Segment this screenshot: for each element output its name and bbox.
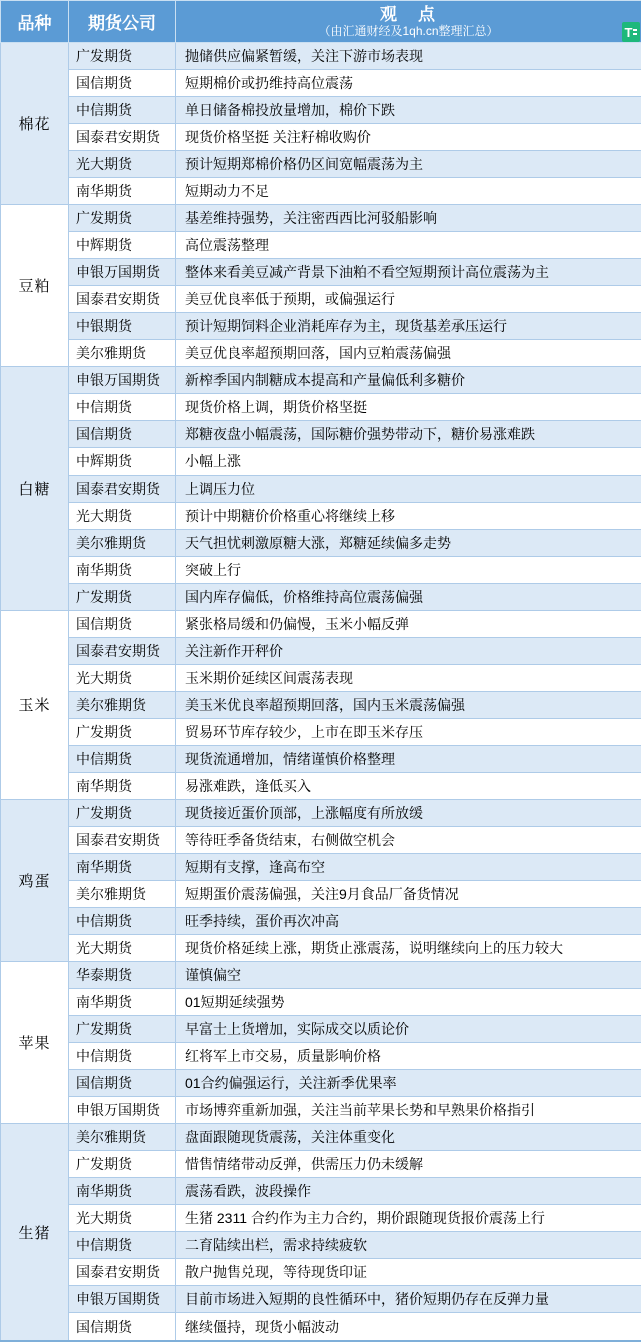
company-cell: 国信期货 — [69, 610, 176, 637]
table-row: 美尔雅期货美玉米优良率超预期回落，国内玉米震荡偏强 — [1, 691, 641, 718]
header-row: 品种 期货公司 观 点 （由汇通财经及1qh.cn整理汇总） — [1, 1, 641, 43]
opinion-cell: 美豆优良率超预期回落，国内豆粕震荡偏强 — [176, 340, 641, 367]
company-cell: 中辉期货 — [69, 448, 176, 475]
company-cell: 光大期货 — [69, 151, 176, 178]
company-cell: 国信期货 — [69, 70, 176, 97]
table-body: 棉花广发期货抛储供应偏紧暂缓，关注下游市场表现国信期货短期棉价或扔维持高位震荡中… — [1, 43, 641, 1342]
table-row: 苹果华泰期货谨慎偏空 — [1, 962, 641, 989]
opinion-cell: 易涨难跌，逢低买入 — [176, 772, 641, 799]
variety-cell: 豆粕 — [1, 205, 69, 367]
table-row: 广发期货惜售情绪带动反弹，供需压力仍未缓解 — [1, 1151, 641, 1178]
company-cell: 中信期货 — [69, 97, 176, 124]
opinion-cell: 上调压力位 — [176, 475, 641, 502]
opinion-cell: 继续僵持，现货小幅波动 — [176, 1313, 641, 1341]
col-header-opinion: 观 点 （由汇通财经及1qh.cn整理汇总） — [176, 1, 641, 43]
company-cell: 南华期货 — [69, 178, 176, 205]
table-row: 广发期货国内库存偏低，价格维持高位震荡偏强 — [1, 583, 641, 610]
table-row: 美尔雅期货美豆优良率超预期回落，国内豆粕震荡偏强 — [1, 340, 641, 367]
opinion-cell: 国内库存偏低，价格维持高位震荡偏强 — [176, 583, 641, 610]
table-row: 中信期货现货价格上调，期货价格坚挺 — [1, 394, 641, 421]
company-cell: 广发期货 — [69, 1151, 176, 1178]
table-row: 国信期货继续僵持，现货小幅波动 — [1, 1313, 641, 1341]
table-row: 南华期货短期有支撑，逢高布空 — [1, 853, 641, 880]
table-row: 棉花广发期货抛储供应偏紧暂缓，关注下游市场表现 — [1, 43, 641, 70]
company-cell: 南华期货 — [69, 556, 176, 583]
table-row: 中辉期货小幅上涨 — [1, 448, 641, 475]
opinion-cell: 目前市场进入短期的良性循环中，猪价短期仍存在反弹力量 — [176, 1286, 641, 1313]
table-row: 申银万国期货市场博弈重新加强，关注当前苹果长势和早熟果价格指引 — [1, 1097, 641, 1124]
table-row: 南华期货突破上行 — [1, 556, 641, 583]
opinion-cell: 早富士上货增加，实际成交以质论价 — [176, 1016, 641, 1043]
table-row: 申银万国期货整体来看美豆减产背景下油粕不看空短期预计高位震荡为主 — [1, 259, 641, 286]
table-row: 中银期货预计短期饲料企业消耗库存为主，现货基差承压运行 — [1, 313, 641, 340]
opinion-cell: 抛储供应偏紧暂缓，关注下游市场表现 — [176, 43, 641, 70]
table-row: 中信期货二育陆续出栏，需求持续疲软 — [1, 1232, 641, 1259]
table-row: 中信期货现货流通增加，情绪谨慎价格整理 — [1, 745, 641, 772]
opinion-cell: 郑糖夜盘小幅震荡，国际糖价强势带动下，糖价易涨难跌 — [176, 421, 641, 448]
opinion-cell: 短期棉价或扔维持高位震荡 — [176, 70, 641, 97]
company-cell: 国信期货 — [69, 421, 176, 448]
table-row: 国信期货短期棉价或扔维持高位震荡 — [1, 70, 641, 97]
opinion-cell: 旺季持续，蛋价再次冲高 — [176, 908, 641, 935]
opinion-cell: 玉米期价延续区间震荡表现 — [176, 664, 641, 691]
opinion-cell: 预计短期郑棉价格仍区间宽幅震荡为主 — [176, 151, 641, 178]
table-row: 南华期货震荡看跌，波段操作 — [1, 1178, 641, 1205]
variety-cell: 生猪 — [1, 1124, 69, 1341]
table-row: 国信期货郑糖夜盘小幅震荡，国际糖价强势带动下，糖价易涨难跌 — [1, 421, 641, 448]
table-row: 国信期货01合约偏强运行，关注新季优果率 — [1, 1070, 641, 1097]
company-cell: 南华期货 — [69, 772, 176, 799]
company-cell: 广发期货 — [69, 799, 176, 826]
opinion-cell: 美玉米优良率超预期回落，国内玉米震荡偏强 — [176, 691, 641, 718]
company-cell: 中辉期货 — [69, 232, 176, 259]
table-row: 中信期货单日储备棉投放量增加，棉价下跌 — [1, 97, 641, 124]
table-row: 国泰君安期货现货价格坚挺 关注籽棉收购价 — [1, 124, 641, 151]
table-row: 南华期货01短期延续强势 — [1, 989, 641, 1016]
table-row: 光大期货生猪 2311 合约作为主力合约，期价跟随现货报价震荡上行 — [1, 1205, 641, 1232]
company-cell: 南华期货 — [69, 853, 176, 880]
table-row: 美尔雅期货天气担忧刺激原糖大涨，郑糖延续偏多走势 — [1, 529, 641, 556]
opinion-cell: 现货价格坚挺 关注籽棉收购价 — [176, 124, 641, 151]
table-row: 申银万国期货目前市场进入短期的良性循环中，猪价短期仍存在反弹力量 — [1, 1286, 641, 1313]
opinion-cell: 整体来看美豆减产背景下油粕不看空短期预计高位震荡为主 — [176, 259, 641, 286]
opinions-table: 品种 期货公司 观 点 （由汇通财经及1qh.cn整理汇总） 棉花广发期货抛储供… — [0, 0, 641, 1342]
logo-letter: T — [625, 26, 633, 39]
opinion-cell: 现货价格延续上涨，期货止涨震荡，说明继续向上的压力较大 — [176, 935, 641, 962]
opinion-cell: 惜售情绪带动反弹，供需压力仍未缓解 — [176, 1151, 641, 1178]
variety-cell: 棉花 — [1, 43, 69, 205]
opinion-cell: 01合约偏强运行，关注新季优果率 — [176, 1070, 641, 1097]
opinion-cell: 紧张格局缓和仍偏慢，玉米小幅反弹 — [176, 610, 641, 637]
company-cell: 申银万国期货 — [69, 1097, 176, 1124]
company-cell: 华泰期货 — [69, 962, 176, 989]
table-row: 生猪美尔雅期货盘面跟随现货震荡，关注体重变化 — [1, 1124, 641, 1151]
table-row: 国泰君安期货上调压力位 — [1, 475, 641, 502]
table-row: 中信期货旺季持续，蛋价再次冲高 — [1, 908, 641, 935]
opinion-cell: 新榨季国内制糖成本提高和产量偏低利多糖价 — [176, 367, 641, 394]
company-cell: 广发期货 — [69, 718, 176, 745]
opinion-cell: 关注新作开秤价 — [176, 637, 641, 664]
company-cell: 国泰君安期货 — [69, 826, 176, 853]
company-cell: 申银万国期货 — [69, 367, 176, 394]
opinion-cell: 谨慎偏空 — [176, 962, 641, 989]
table-row: 南华期货短期动力不足 — [1, 178, 641, 205]
table-row: 鸡蛋广发期货现货接近蛋价顶部，上涨幅度有所放缓 — [1, 799, 641, 826]
company-cell: 光大期货 — [69, 664, 176, 691]
company-cell: 国泰君安期货 — [69, 637, 176, 664]
company-cell: 美尔雅期货 — [69, 880, 176, 907]
table-row: 光大期货预计短期郑棉价格仍区间宽幅震荡为主 — [1, 151, 641, 178]
opinion-cell: 现货接近蛋价顶部，上涨幅度有所放缓 — [176, 799, 641, 826]
opinion-cell: 红将军上市交易，质量影响价格 — [176, 1043, 641, 1070]
table-row: 南华期货易涨难跌，逢低买入 — [1, 772, 641, 799]
company-cell: 国信期货 — [69, 1070, 176, 1097]
opinion-cell: 现货价格上调，期货价格坚挺 — [176, 394, 641, 421]
opinion-cell: 短期蛋价震荡偏强，关注9月食品厂备货情况 — [176, 880, 641, 907]
table-row: 光大期货玉米期价延续区间震荡表现 — [1, 664, 641, 691]
company-cell: 广发期货 — [69, 583, 176, 610]
table-row: 玉米国信期货紧张格局缓和仍偏慢，玉米小幅反弹 — [1, 610, 641, 637]
variety-cell: 玉米 — [1, 610, 69, 799]
company-cell: 广发期货 — [69, 43, 176, 70]
company-cell: 中信期货 — [69, 394, 176, 421]
opinion-cell: 01短期延续强势 — [176, 989, 641, 1016]
opinion-title: 观 点 — [176, 5, 641, 24]
company-cell: 中信期货 — [69, 745, 176, 772]
company-cell: 南华期货 — [69, 989, 176, 1016]
variety-cell: 鸡蛋 — [1, 799, 69, 961]
table-row: 广发期货贸易环节库存较少，上市在即玉米存压 — [1, 718, 641, 745]
table-row: 国泰君安期货散户抛售兑现，等待现货印证 — [1, 1259, 641, 1286]
company-cell: 美尔雅期货 — [69, 529, 176, 556]
opinion-cell: 短期有支撑，逢高布空 — [176, 853, 641, 880]
opinion-cell: 等待旺季备货结束，右侧做空机会 — [176, 826, 641, 853]
opinion-cell: 预计中期糖价价格重心将继续上移 — [176, 502, 641, 529]
company-cell: 广发期货 — [69, 205, 176, 232]
opinion-cell: 二育陆续出栏，需求持续疲软 — [176, 1232, 641, 1259]
company-cell: 国泰君安期货 — [69, 286, 176, 313]
table-row: 光大期货现货价格延续上涨，期货止涨震荡，说明继续向上的压力较大 — [1, 935, 641, 962]
company-cell: 光大期货 — [69, 1205, 176, 1232]
company-cell: 申银万国期货 — [69, 259, 176, 286]
opinion-cell: 盘面跟随现货震荡，关注体重变化 — [176, 1124, 641, 1151]
company-cell: 光大期货 — [69, 502, 176, 529]
company-cell: 光大期货 — [69, 935, 176, 962]
opinion-cell: 震荡看跌，波段操作 — [176, 1178, 641, 1205]
opinion-cell: 美豆优良率低于预期，或偏强运行 — [176, 286, 641, 313]
table-row: 中辉期货高位震荡整理 — [1, 232, 641, 259]
opinion-cell: 生猪 2311 合约作为主力合约，期价跟随现货报价震荡上行 — [176, 1205, 641, 1232]
table-row: 豆粕广发期货基差维持强势，关注密西西比河驳船影响 — [1, 205, 641, 232]
opinion-cell: 高位震荡整理 — [176, 232, 641, 259]
company-cell: 中银期货 — [69, 313, 176, 340]
company-cell: 中信期货 — [69, 1232, 176, 1259]
opinion-cell: 现货流通增加，情绪谨慎价格整理 — [176, 745, 641, 772]
logo-bars — [633, 29, 637, 35]
opinion-cell: 预计短期饲料企业消耗库存为主，现货基差承压运行 — [176, 313, 641, 340]
col-header-company: 期货公司 — [69, 1, 176, 43]
company-cell: 国泰君安期货 — [69, 124, 176, 151]
company-cell: 国泰君安期货 — [69, 1259, 176, 1286]
company-cell: 美尔雅期货 — [69, 691, 176, 718]
table-row: 广发期货早富士上货增加，实际成交以质论价 — [1, 1016, 641, 1043]
variety-cell: 白糖 — [1, 367, 69, 610]
table-row: 国泰君安期货美豆优良率低于预期，或偏强运行 — [1, 286, 641, 313]
company-cell: 国泰君安期货 — [69, 475, 176, 502]
opinion-cell: 市场博弈重新加强，关注当前苹果长势和早熟果价格指引 — [176, 1097, 641, 1124]
opinion-cell: 基差维持强势，关注密西西比河驳船影响 — [176, 205, 641, 232]
company-cell: 美尔雅期货 — [69, 340, 176, 367]
col-header-variety: 品种 — [1, 1, 69, 43]
opinion-cell: 短期动力不足 — [176, 178, 641, 205]
opinion-cell: 单日储备棉投放量增加，棉价下跌 — [176, 97, 641, 124]
table-row: 国泰君安期货关注新作开秤价 — [1, 637, 641, 664]
opinion-cell: 散户抛售兑现，等待现货印证 — [176, 1259, 641, 1286]
company-cell: 国信期货 — [69, 1313, 176, 1341]
table-row: 光大期货预计中期糖价价格重心将继续上移 — [1, 502, 641, 529]
company-cell: 中信期货 — [69, 908, 176, 935]
opinion-subtitle: （由汇通财经及1qh.cn整理汇总） — [176, 24, 641, 38]
table-row: 白糖申银万国期货新榨季国内制糖成本提高和产量偏低利多糖价 — [1, 367, 641, 394]
table-row: 中信期货红将军上市交易，质量影响价格 — [1, 1043, 641, 1070]
table-row: 美尔雅期货短期蛋价震荡偏强，关注9月食品厂备货情况 — [1, 880, 641, 907]
table-row: 国泰君安期货等待旺季备货结束，右侧做空机会 — [1, 826, 641, 853]
opinion-cell: 天气担忧刺激原糖大涨，郑糖延续偏多走势 — [176, 529, 641, 556]
company-cell: 广发期货 — [69, 1016, 176, 1043]
futures-opinions-page: 品种 期货公司 观 点 （由汇通财经及1qh.cn整理汇总） 棉花广发期货抛储供… — [0, 0, 641, 1342]
opinion-cell: 突破上行 — [176, 556, 641, 583]
company-cell: 申银万国期货 — [69, 1286, 176, 1313]
variety-cell: 苹果 — [1, 962, 69, 1124]
company-cell: 南华期货 — [69, 1178, 176, 1205]
huitong-logo-icon: T — [622, 22, 640, 42]
company-cell: 美尔雅期货 — [69, 1124, 176, 1151]
company-cell: 中信期货 — [69, 1043, 176, 1070]
opinion-cell: 小幅上涨 — [176, 448, 641, 475]
opinion-cell: 贸易环节库存较少，上市在即玉米存压 — [176, 718, 641, 745]
